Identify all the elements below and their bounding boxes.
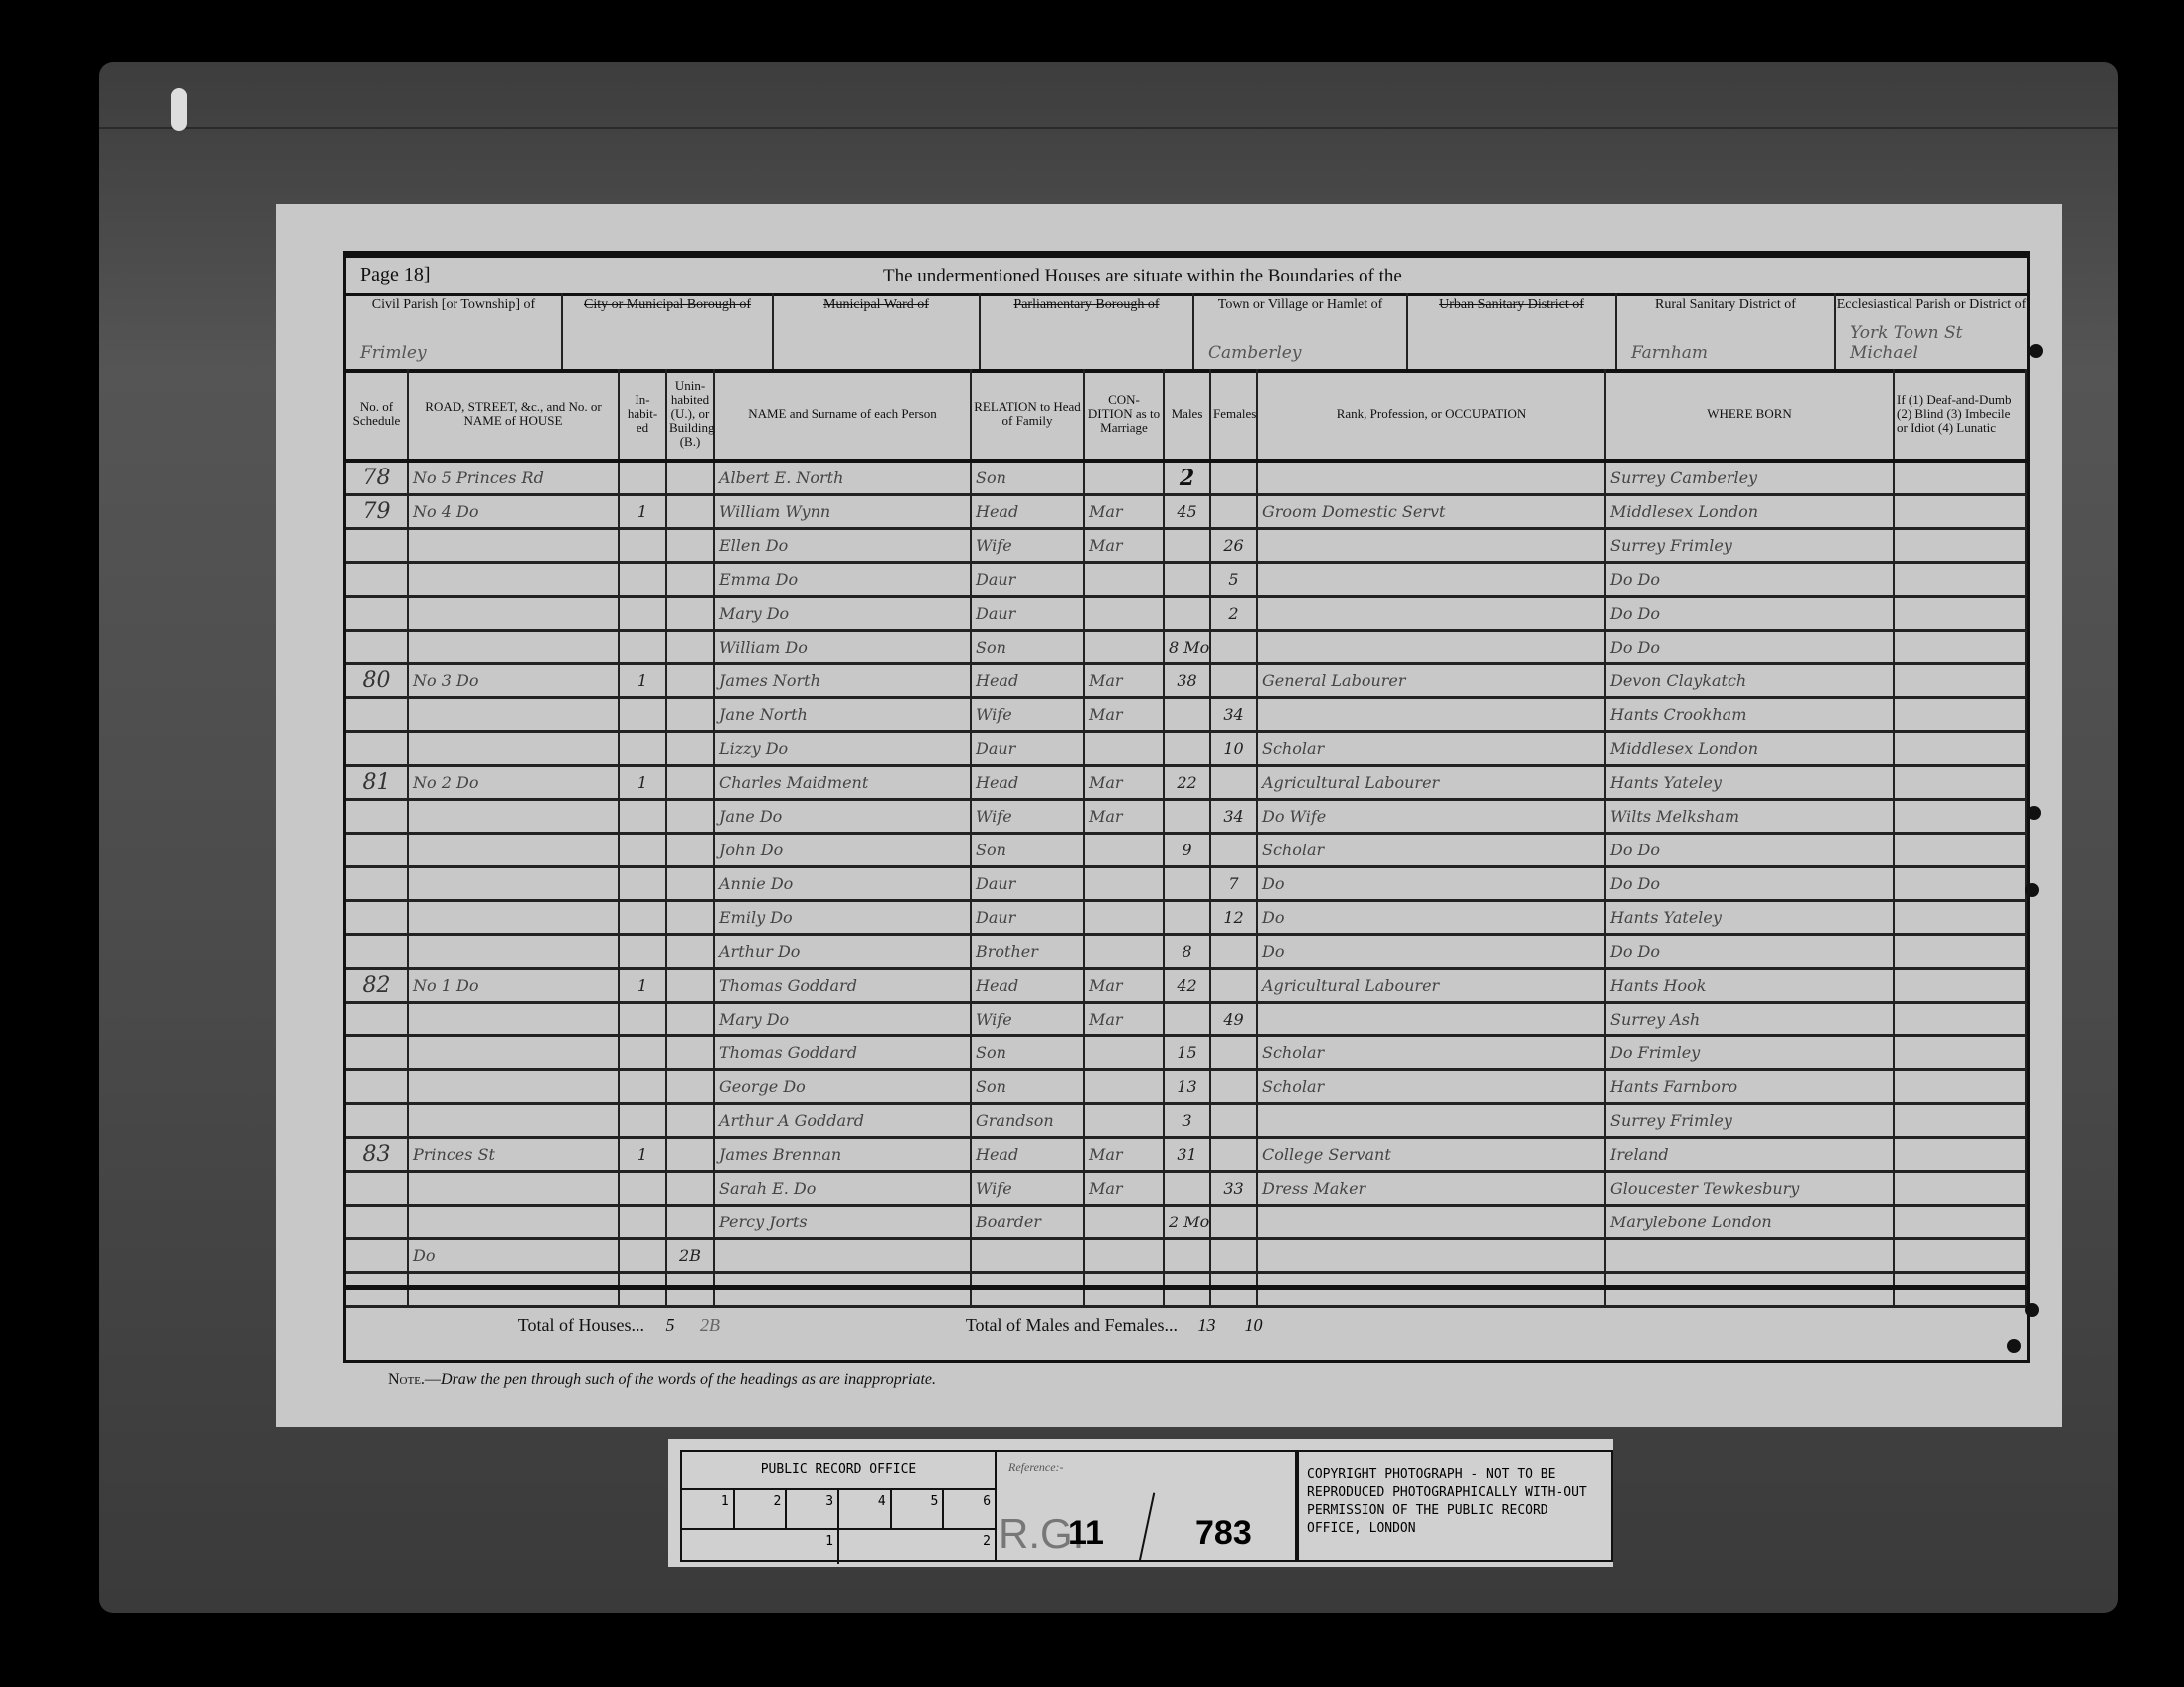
cell-female: [1210, 495, 1257, 529]
cell-condition: [1084, 1206, 1164, 1239]
cell-condition: [1084, 867, 1164, 901]
cell-name: William Do: [714, 631, 971, 664]
cell-inhabited: [619, 1104, 666, 1138]
cell-inhabited: [619, 563, 666, 597]
cell-occupation: [1257, 461, 1605, 495]
boundary-urban-sanitary: Urban Sanitary District of: [1408, 293, 1617, 369]
cell-road: [408, 529, 619, 563]
cell-uninhabited: [666, 563, 714, 597]
cell-infirmity: [1894, 563, 2026, 597]
cell-female: [1210, 935, 1257, 969]
cell-inhabited: [619, 732, 666, 766]
cell-male: 22: [1164, 766, 1210, 800]
cell-female: [1210, 1104, 1257, 1138]
cell-female: 26: [1210, 529, 1257, 563]
cell-road: Do: [408, 1239, 619, 1273]
cell-occupation: Do: [1257, 901, 1605, 935]
cell-name: Arthur Do: [714, 935, 971, 969]
cell-occupation: College Servant: [1257, 1138, 1605, 1172]
cell-relation: Wife: [971, 529, 1084, 563]
cell-schedule: [346, 631, 408, 664]
cell-relation: Daur: [971, 867, 1084, 901]
cell-uninhabited: [666, 1206, 714, 1239]
cell-condition: [1084, 461, 1164, 495]
cell-condition: [1084, 1104, 1164, 1138]
cell-born: Hants Farnboro: [1605, 1070, 1894, 1104]
cell-name: John Do: [714, 834, 971, 867]
cell-male: 8: [1164, 935, 1210, 969]
cell-road: No 4 Do: [408, 495, 619, 529]
table-row: Mary DoWifeMar49Surrey Ash: [346, 1003, 2026, 1036]
cell-born: Hants Yateley: [1605, 766, 1894, 800]
cell-male: 2: [1164, 461, 1210, 495]
cell-inhabited: [619, 698, 666, 732]
cell-inhabited: [619, 1239, 666, 1273]
cell-male: 38: [1164, 664, 1210, 698]
cell-female: [1210, 1036, 1257, 1070]
reference-folio: 783: [1195, 1514, 1252, 1553]
cell-occupation: [1257, 1239, 1605, 1273]
cell-condition: Mar: [1084, 969, 1164, 1003]
cell-name: Emma Do: [714, 563, 971, 597]
cell-condition: Mar: [1084, 1138, 1164, 1172]
col-uninhabited: Unin-habited (U.), or Building (B.): [666, 369, 714, 461]
cell-road: [408, 1036, 619, 1070]
cell-infirmity: [1894, 1239, 2026, 1273]
cell-name: Albert E. North: [714, 461, 971, 495]
census-rows: 78No 5 Princes RdAlbert E. NorthSon2Surr…: [346, 461, 2026, 1307]
total-females: 10: [1230, 1315, 1277, 1336]
table-header-row: No. of Schedule ROAD, STREET, &c., and N…: [346, 369, 2026, 461]
cell-infirmity: [1894, 1070, 2026, 1104]
cell-name: Mary Do: [714, 1003, 971, 1036]
cell-infirmity: [1894, 461, 2026, 495]
cell-uninhabited: [666, 1104, 714, 1138]
form-note: Note.—Draw the pen through such of the w…: [388, 1371, 936, 1389]
cell-occupation: [1257, 1104, 1605, 1138]
total-houses-inhabited: 5: [650, 1315, 690, 1336]
cell-inhabited: [619, 631, 666, 664]
cell-schedule: [346, 732, 408, 766]
cell-occupation: [1257, 1206, 1605, 1239]
reference-slash: [1139, 1493, 1156, 1562]
cell-road: [408, 901, 619, 935]
cell-road: [408, 834, 619, 867]
boundary-town-village: Town or Village or Hamlet of Camberley: [1194, 293, 1408, 369]
cell-male: [1164, 1003, 1210, 1036]
cell-infirmity: [1894, 732, 2026, 766]
table-row: Ellen DoWifeMar26Surrey Frimley: [346, 529, 2026, 563]
cell-born: Hants Hook: [1605, 969, 1894, 1003]
cell-female: 2: [1210, 597, 1257, 631]
cell-name: Lizzy Do: [714, 732, 971, 766]
cell-infirmity: [1894, 867, 2026, 901]
cell-relation: Wife: [971, 1172, 1084, 1206]
cell-name: George Do: [714, 1070, 971, 1104]
census-table-wrap: No. of Schedule ROAD, STREET, &c., and N…: [346, 369, 2027, 1308]
cell-female: 7: [1210, 867, 1257, 901]
cell-occupation: Scholar: [1257, 834, 1605, 867]
cell-infirmity: [1894, 901, 2026, 935]
cell-infirmity: [1894, 1036, 2026, 1070]
cell-inhabited: [619, 901, 666, 935]
inch-scale: 1 2: [682, 1530, 995, 1564]
cell-born: Do Do: [1605, 563, 1894, 597]
cell-schedule: [346, 698, 408, 732]
cell-name: Arthur A Goddard: [714, 1104, 971, 1138]
cell-name: Emily Do: [714, 901, 971, 935]
cell-road: Princes St: [408, 1138, 619, 1172]
total-persons-label: Total of Males and Females...: [730, 1315, 1183, 1336]
cell-road: [408, 1172, 619, 1206]
cell-inhabited: [619, 867, 666, 901]
cell-road: [408, 597, 619, 631]
boundary-municipal-borough: City or Municipal Borough of: [563, 293, 774, 369]
boundary-municipal-ward: Municipal Ward of: [774, 293, 981, 369]
table-row: John DoSon9ScholarDo Do: [346, 834, 2026, 867]
cell-infirmity: [1894, 1104, 2026, 1138]
cell-male: [1164, 1239, 1210, 1273]
table-row: Thomas GoddardSon15ScholarDo Frimley: [346, 1036, 2026, 1070]
cell-relation: Brother: [971, 935, 1084, 969]
boundaries-row: Civil Parish [or Township] of Frimley Ci…: [346, 293, 2027, 373]
binding-hole-1: [2029, 344, 2043, 358]
cell-uninhabited: [666, 1036, 714, 1070]
cell-uninhabited: [666, 732, 714, 766]
cell-relation: Wife: [971, 800, 1084, 834]
cell-uninhabited: [666, 597, 714, 631]
cell-male: [1164, 901, 1210, 935]
cell-infirmity: [1894, 834, 2026, 867]
cell-born: Middlesex London: [1605, 495, 1894, 529]
cell-uninhabited: [666, 935, 714, 969]
cell-infirmity: [1894, 935, 2026, 969]
boundary-parliamentary-borough: Parliamentary Borough of: [981, 293, 1194, 369]
cell-schedule: [346, 867, 408, 901]
cell-relation: Head: [971, 664, 1084, 698]
cell-schedule: [346, 1206, 408, 1239]
reference-piece: 11: [1068, 1514, 1104, 1553]
cell-female: [1210, 834, 1257, 867]
cell-condition: [1084, 901, 1164, 935]
cell-uninhabited: [666, 1138, 714, 1172]
cell-born: Do Do: [1605, 631, 1894, 664]
cell-name: Jane North: [714, 698, 971, 732]
cell-relation: Daur: [971, 563, 1084, 597]
cell-male: 45: [1164, 495, 1210, 529]
cell-condition: [1084, 732, 1164, 766]
cell-name: Jane Do: [714, 800, 971, 834]
cell-born: Marylebone London: [1605, 1206, 1894, 1239]
cell-uninhabited: [666, 631, 714, 664]
cell-condition: Mar: [1084, 766, 1164, 800]
cell-uninhabited: [666, 495, 714, 529]
table-row: Annie DoDaur7DoDo Do: [346, 867, 2026, 901]
cell-male: [1164, 597, 1210, 631]
col-condition: CON-DITION as to Marriage: [1084, 369, 1164, 461]
cell-infirmity: [1894, 529, 2026, 563]
cell-born: Do Do: [1605, 834, 1894, 867]
cell-occupation: [1257, 698, 1605, 732]
cell-road: No 5 Princes Rd: [408, 461, 619, 495]
cell-female: 34: [1210, 800, 1257, 834]
cell-female: 12: [1210, 901, 1257, 935]
cell-schedule: [346, 597, 408, 631]
cell-occupation: Do Wife: [1257, 800, 1605, 834]
total-males: 13: [1183, 1315, 1230, 1336]
census-table: No. of Schedule ROAD, STREET, &c., and N…: [346, 369, 2027, 1308]
cell-condition: [1084, 1070, 1164, 1104]
table-row: Percy JortsBoarder2 MonthsMarylebone Lon…: [346, 1206, 2026, 1239]
cell-occupation: [1257, 529, 1605, 563]
cell-inhabited: [619, 1206, 666, 1239]
cell-relation: Head: [971, 495, 1084, 529]
boundary-ecclesiastical-parish: Ecclesiastical Parish or District of Yor…: [1836, 293, 2027, 369]
table-row: 82No 1 Do1Thomas GoddardHeadMar42Agricul…: [346, 969, 2026, 1003]
cell-road: [408, 800, 619, 834]
cell-uninhabited: [666, 834, 714, 867]
cell-condition: Mar: [1084, 1003, 1164, 1036]
cell-infirmity: [1894, 800, 2026, 834]
table-row: Jane NorthWifeMar34Hants Crookham: [346, 698, 2026, 732]
cell-condition: Mar: [1084, 698, 1164, 732]
cell-male: 13: [1164, 1070, 1210, 1104]
cell-relation: Grandson: [971, 1104, 1084, 1138]
cell-occupation: Do: [1257, 935, 1605, 969]
cell-schedule: 83: [346, 1138, 408, 1172]
cell-born: Middlesex London: [1605, 732, 1894, 766]
col-occupation: Rank, Profession, or OCCUPATION: [1257, 369, 1605, 461]
cell-relation: Daur: [971, 732, 1084, 766]
cm-scale: 1 2 3 4 5 6: [682, 1490, 995, 1530]
cell-name: Percy Jorts: [714, 1206, 971, 1239]
cell-road: [408, 698, 619, 732]
cell-female: 33: [1210, 1172, 1257, 1206]
table-row: 79No 4 Do1William WynnHeadMar45Groom Dom…: [346, 495, 2026, 529]
table-row: 80No 3 Do1James NorthHeadMar38General La…: [346, 664, 2026, 698]
cell-female: [1210, 766, 1257, 800]
cell-name: Ellen Do: [714, 529, 971, 563]
cell-infirmity: [1894, 1138, 2026, 1172]
cell-uninhabited: [666, 969, 714, 1003]
cell-uninhabited: [666, 664, 714, 698]
cell-relation: Head: [971, 766, 1084, 800]
cell-infirmity: [1894, 495, 2026, 529]
cell-schedule: [346, 901, 408, 935]
cell-relation: Wife: [971, 698, 1084, 732]
cell-schedule: [346, 1036, 408, 1070]
table-row: Sarah E. DoWifeMar33Dress MakerGlouceste…: [346, 1172, 2026, 1206]
cell-inhabited: [619, 1003, 666, 1036]
table-row: 81No 2 Do1Charles MaidmentHeadMar22Agric…: [346, 766, 2026, 800]
cell-female: 49: [1210, 1003, 1257, 1036]
col-name: NAME and Surname of each Person: [714, 369, 971, 461]
binding-hole-5: [2007, 1339, 2021, 1353]
cell-schedule: [346, 834, 408, 867]
table-row: William DoSon8 MonthsDo Do: [346, 631, 2026, 664]
cell-born: Do Do: [1605, 935, 1894, 969]
cell-uninhabited: 2B: [666, 1239, 714, 1273]
pro-office-name: PUBLIC RECORD OFFICE: [682, 1452, 995, 1490]
cell-infirmity: [1894, 969, 2026, 1003]
cell-inhabited: 1: [619, 969, 666, 1003]
copyright-notice: COPYRIGHT PHOTOGRAPH - NOT TO BE REPRODU…: [1297, 1450, 1613, 1562]
cell-male: [1164, 529, 1210, 563]
cell-occupation: Groom Domestic Servt: [1257, 495, 1605, 529]
cell-female: [1210, 461, 1257, 495]
cell-born: Ireland: [1605, 1138, 1894, 1172]
reference-label: Reference:-: [1008, 1460, 1064, 1475]
cell-schedule: [346, 1172, 408, 1206]
cell-male: 15: [1164, 1036, 1210, 1070]
form-title-bar: Page 18] The undermentioned Houses are s…: [346, 258, 2027, 296]
cell-name: [714, 1239, 971, 1273]
cell-inhabited: 1: [619, 1138, 666, 1172]
col-infirmity: If (1) Deaf-and-Dumb (2) Blind (3) Imbec…: [1894, 369, 2026, 461]
table-row: Arthur A GoddardGrandson3Surrey Frimley: [346, 1104, 2026, 1138]
census-form: Page 18] The undermentioned Houses are s…: [343, 251, 2030, 1363]
cell-road: [408, 1003, 619, 1036]
cell-uninhabited: [666, 461, 714, 495]
cell-uninhabited: [666, 800, 714, 834]
cell-occupation: [1257, 563, 1605, 597]
cell-born: Surrey Frimley: [1605, 1104, 1894, 1138]
cell-road: [408, 563, 619, 597]
total-houses-label: Total of Houses...: [346, 1315, 650, 1336]
cell-road: No 1 Do: [408, 969, 619, 1003]
film-punch-mark: [171, 88, 187, 131]
cell-occupation: General Labourer: [1257, 664, 1605, 698]
cell-schedule: [346, 563, 408, 597]
cell-road: [408, 1206, 619, 1239]
boundary-rural-sanitary: Rural Sanitary District of Farnham: [1617, 293, 1836, 369]
cell-inhabited: 1: [619, 664, 666, 698]
cell-female: 34: [1210, 698, 1257, 732]
table-row: Arthur DoBrother8DoDo Do: [346, 935, 2026, 969]
cell-uninhabited: [666, 1070, 714, 1104]
cell-born: Hants Yateley: [1605, 901, 1894, 935]
cell-schedule: [346, 529, 408, 563]
cell-inhabited: [619, 1036, 666, 1070]
cell-condition: Mar: [1084, 529, 1164, 563]
cell-condition: Mar: [1084, 664, 1164, 698]
cell-male: 3: [1164, 1104, 1210, 1138]
cell-inhabited: [619, 1172, 666, 1206]
cell-uninhabited: [666, 766, 714, 800]
cell-uninhabited: [666, 698, 714, 732]
cell-name: James Brennan: [714, 1138, 971, 1172]
cell-male: 8 Months: [1164, 631, 1210, 664]
table-row: Lizzy DoDaur10ScholarMiddlesex London: [346, 732, 2026, 766]
cell-schedule: 81: [346, 766, 408, 800]
cell-relation: Wife: [971, 1003, 1084, 1036]
cell-road: [408, 732, 619, 766]
cell-born: Hants Crookham: [1605, 698, 1894, 732]
cell-inhabited: [619, 597, 666, 631]
cell-born: Do Do: [1605, 867, 1894, 901]
col-where-born: WHERE BORN: [1605, 369, 1894, 461]
cell-male: [1164, 800, 1210, 834]
cell-inhabited: [619, 461, 666, 495]
cell-name: William Wynn: [714, 495, 971, 529]
cell-occupation: [1257, 631, 1605, 664]
cell-name: Mary Do: [714, 597, 971, 631]
cell-relation: Son: [971, 834, 1084, 867]
cell-condition: [1084, 631, 1164, 664]
cell-road: No 2 Do: [408, 766, 619, 800]
binding-hole-3: [2025, 883, 2039, 897]
cell-name: Thomas Goddard: [714, 1036, 971, 1070]
cell-male: [1164, 1172, 1210, 1206]
cell-female: [1210, 1206, 1257, 1239]
cell-occupation: Dress Maker: [1257, 1172, 1605, 1206]
cell-occupation: [1257, 1003, 1605, 1036]
cell-condition: [1084, 1239, 1164, 1273]
cell-infirmity: [1894, 1206, 2026, 1239]
totals-row: Total of Houses... 5 2B Total of Males a…: [346, 1285, 2027, 1360]
cell-female: [1210, 631, 1257, 664]
cell-infirmity: [1894, 766, 2026, 800]
cell-schedule: [346, 1003, 408, 1036]
cell-name: James North: [714, 664, 971, 698]
cell-occupation: [1257, 597, 1605, 631]
cell-infirmity: [1894, 597, 2026, 631]
cell-male: [1164, 732, 1210, 766]
col-inhabited: In-habit-ed: [619, 369, 666, 461]
cell-female: [1210, 969, 1257, 1003]
cell-female: [1210, 1070, 1257, 1104]
cell-occupation: Do: [1257, 867, 1605, 901]
cell-schedule: 78: [346, 461, 408, 495]
cell-condition: Mar: [1084, 495, 1164, 529]
cell-uninhabited: [666, 867, 714, 901]
cell-occupation: Agricultural Labourer: [1257, 969, 1605, 1003]
cell-relation: [971, 1239, 1084, 1273]
cell-schedule: 80: [346, 664, 408, 698]
cell-name: Charles Maidment: [714, 766, 971, 800]
cell-condition: [1084, 597, 1164, 631]
cell-relation: Son: [971, 1070, 1084, 1104]
cell-occupation: Scholar: [1257, 1036, 1605, 1070]
cell-relation: Daur: [971, 597, 1084, 631]
cell-occupation: Scholar: [1257, 732, 1605, 766]
col-road: ROAD, STREET, &c., and No. or NAME of HO…: [408, 369, 619, 461]
cell-infirmity: [1894, 631, 2026, 664]
cell-name: Sarah E. Do: [714, 1172, 971, 1206]
table-row: Emma DoDaur5Do Do: [346, 563, 2026, 597]
cell-inhabited: [619, 935, 666, 969]
cell-born: Wilts Melksham: [1605, 800, 1894, 834]
cell-road: [408, 935, 619, 969]
cell-born: Devon Claykatch: [1605, 664, 1894, 698]
cell-name: Thomas Goddard: [714, 969, 971, 1003]
cell-road: [408, 1070, 619, 1104]
cell-relation: Head: [971, 969, 1084, 1003]
total-houses-uninhabited: 2B: [690, 1315, 730, 1336]
col-males: Males: [1164, 369, 1210, 461]
cell-condition: [1084, 1036, 1164, 1070]
cell-male: 2 Months: [1164, 1206, 1210, 1239]
cell-schedule: [346, 935, 408, 969]
boundary-value: York Town St Michael: [1850, 323, 2027, 363]
cell-road: [408, 867, 619, 901]
boundary-civil-parish: Civil Parish [or Township] of Frimley: [346, 293, 563, 369]
cell-inhabited: [619, 529, 666, 563]
cell-born: Gloucester Tewkesbury: [1605, 1172, 1894, 1206]
table-row: Jane DoWifeMar34Do WifeWilts Melksham: [346, 800, 2026, 834]
cell-female: [1210, 1138, 1257, 1172]
cell-male: 9: [1164, 834, 1210, 867]
